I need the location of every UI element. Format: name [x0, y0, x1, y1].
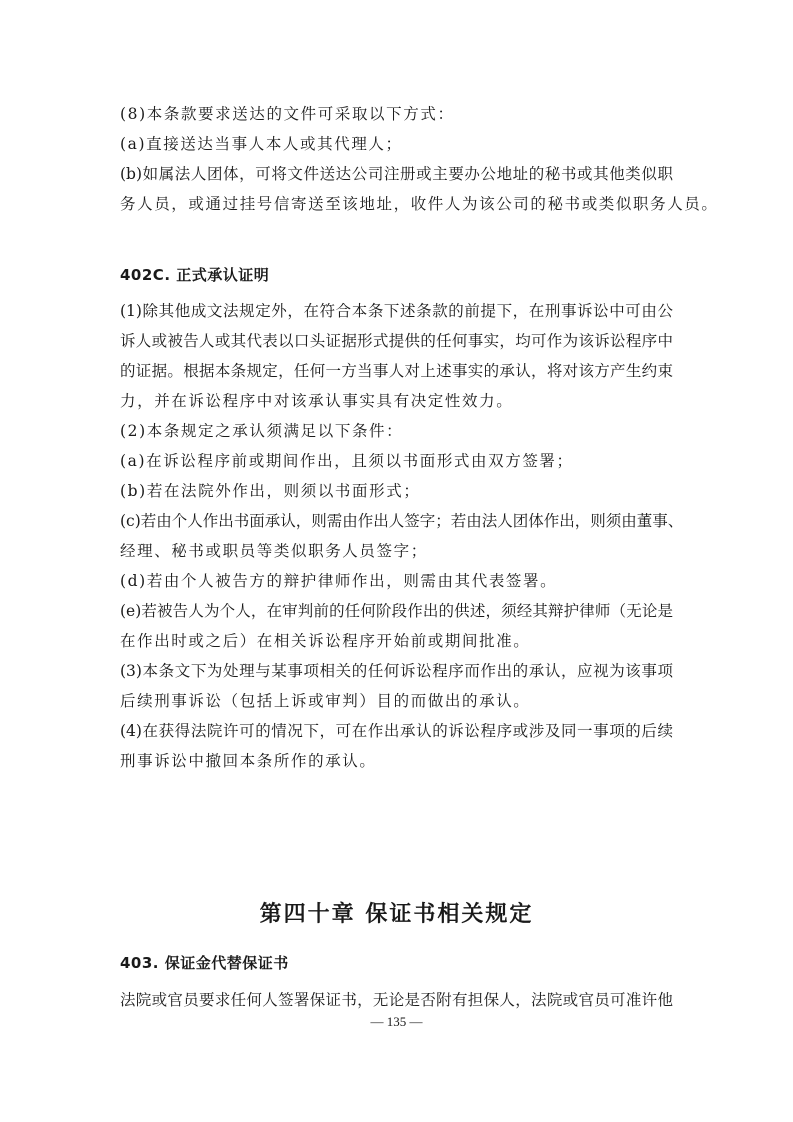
paragraph-line: (b)若在法院外作出，则须以书面形式； — [120, 481, 673, 501]
paragraph-line: (1)除其他成文法规定外，在符合本条下述条款的前提下，在刑事诉讼中可由公 — [120, 301, 673, 321]
paragraph-line: 力，并在诉讼程序中对该承认事实具有决定性效力。 — [120, 391, 673, 411]
paragraph-line: 经理、秘书或职员等类似职务人员签字； — [120, 541, 673, 561]
paragraph-line: 务人员，或通过挂号信寄送至该地址，收件人为该公司的秘书或类似职务人员。 — [120, 194, 673, 214]
paragraph-line: (4)在获得法院许可的情况下，可在作出承认的诉讼程序或涉及同一事项的后续 — [120, 721, 673, 741]
paragraph-line: (c)若由个人作出书面承认，则需由作出人签字；若由法人团体作出，则须由董事、 — [120, 511, 673, 531]
paragraph-line: (d)若由个人被告方的辩护律师作出，则需由其代表签署。 — [120, 571, 673, 591]
paragraph-line: 刑事诉讼中撤回本条所作的承认。 — [120, 751, 673, 771]
chapter-title: 第四十章 保证书相关规定 — [120, 901, 673, 929]
section-heading-403: 403. 保证金代替保证书 — [120, 953, 289, 973]
paragraph-line: 的证据。根据本条规定，任何一方当事人对上述事实的承认，将对该方产生约束 — [120, 361, 673, 381]
paragraph-line: (e)若被告人为个人，在审判前的任何阶段作出的供述，须经其辩护律师（无论是 — [120, 601, 673, 621]
paragraph-line: 后续刑事诉讼（包括上诉或审判）目的而做出的承认。 — [120, 691, 673, 711]
paragraph-line: (a)直接送达当事人本人或其代理人； — [120, 134, 673, 154]
paragraph-line: 法院或官员要求任何人签署保证书，无论是否附有担保人，法院或官员可准许他 — [120, 990, 673, 1010]
paragraph-line: (3)本条文下为处理与某事项相关的任何诉讼程序而作出的承认，应视为该事项 — [120, 661, 673, 681]
paragraph-line: 在作出时或之后）在相关诉讼程序开始前或期间批准。 — [120, 631, 673, 651]
paragraph-line: 诉人或被告人或其代表以口头证据形式提供的任何事实，均可作为该诉讼程序中 — [120, 331, 673, 351]
paragraph-line: (b)如属法人团体，可将文件送达公司注册或主要办公地址的秘书或其他类似职 — [120, 164, 673, 184]
paragraph-line: (2)本条规定之承认须满足以下条件： — [120, 421, 673, 441]
paragraph-line: (8)本条款要求送达的文件可采取以下方式： — [120, 104, 673, 124]
section-heading-402c: 402C. 正式承认证明 — [120, 265, 269, 285]
page-number: — 135 — — [120, 1014, 673, 1030]
paragraph-line: (a)在诉讼程序前或期间作出，且须以书面形式由双方签署； — [120, 451, 673, 471]
